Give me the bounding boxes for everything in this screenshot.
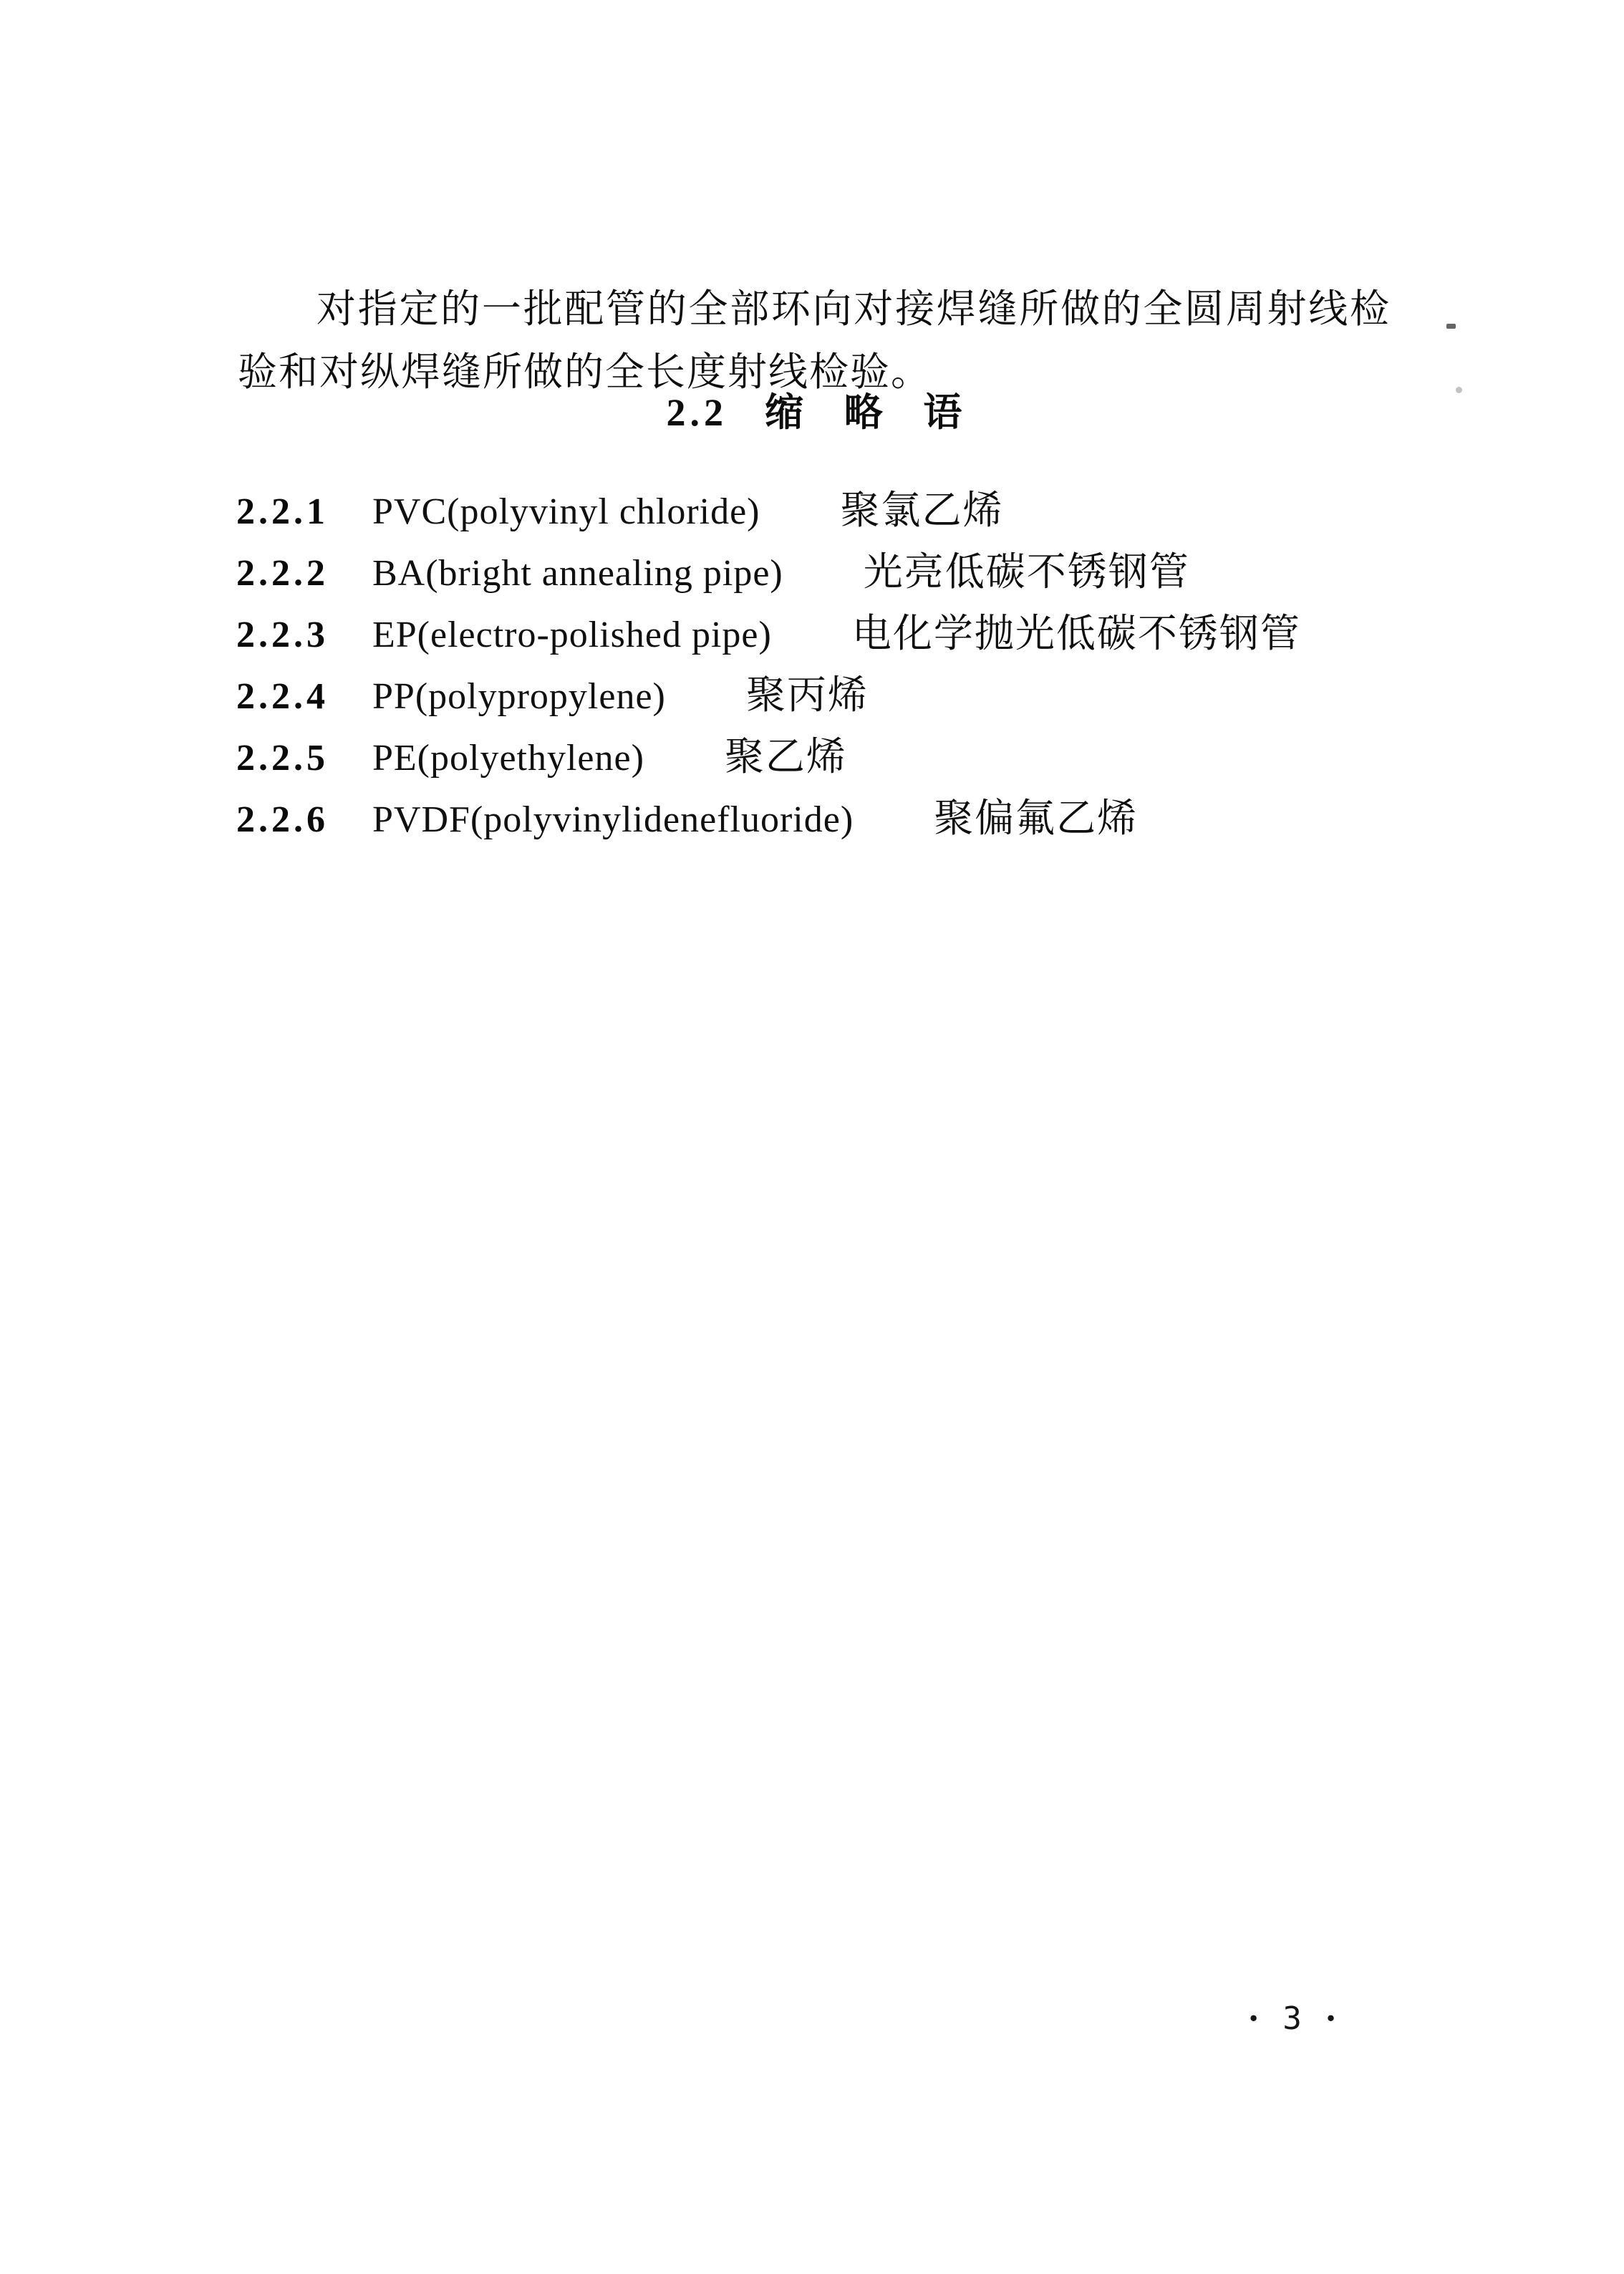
page-number-left-dot: · — [1247, 2000, 1260, 2038]
abbreviation-row: 2.2.1 PVC(polyvinyl chloride) 聚氯乙烯 — [236, 480, 1454, 541]
abbreviation-number: 2.2.2 — [236, 543, 372, 604]
page-number-value: 3 — [1282, 2000, 1302, 2038]
abbreviation-chinese: 聚氯乙烯 — [841, 480, 1004, 541]
abbreviation-row: 2.2.6 PVDF(polyvinylidenefluoride) 聚偏氟乙烯 — [236, 788, 1454, 849]
abbreviation-number: 2.2.3 — [236, 604, 372, 666]
abbreviation-latin: PVC(polyvinyl chloride) — [372, 481, 760, 543]
abbreviation-chinese: 光亮低碳不锈钢管 — [864, 541, 1190, 603]
scan-speck — [1446, 324, 1456, 329]
abbreviation-latin: EP(electro-polished pipe) — [372, 604, 772, 666]
intro-paragraph: 对指定的一批配管的全部环向对接焊缝所做的全圆周射线检验和对纵焊缝所做的全长度射线… — [238, 278, 1391, 404]
abbreviation-number: 2.2.1 — [236, 481, 372, 543]
abbreviation-list: 2.2.1 PVC(polyvinyl chloride) 聚氯乙烯 2.2.2… — [236, 480, 1454, 849]
abbreviation-chinese: 电化学抛光低碳不锈钢管 — [852, 603, 1301, 665]
abbreviation-latin: PVDF(polyvinylidenefluoride) — [372, 789, 854, 851]
abbreviation-row: 2.2.2 BA(bright annealing pipe) 光亮低碳不锈钢管 — [236, 541, 1454, 603]
section-heading: 2.2缩略语 — [238, 390, 1391, 435]
abbreviation-row: 2.2.3 EP(electro-polished pipe) 电化学抛光低碳不… — [236, 603, 1454, 665]
abbreviation-latin: PP(polypropylene) — [372, 666, 666, 728]
abbreviation-number: 2.2.6 — [236, 789, 372, 851]
page-number: · 3 · — [1247, 2000, 1337, 2038]
abbreviation-chinese: 聚乙烯 — [725, 726, 847, 788]
section-title: 缩略语 — [765, 391, 1002, 434]
document-page: 对指定的一批配管的全部环向对接焊缝所做的全圆周射线检验和对纵焊缝所做的全长度射线… — [0, 0, 1624, 2274]
abbreviation-row: 2.2.4 PP(polypropylene) 聚丙烯 — [236, 665, 1454, 726]
abbreviation-row: 2.2.5 PE(polyethylene) 聚乙烯 — [236, 726, 1454, 788]
abbreviation-number: 2.2.5 — [236, 728, 372, 789]
abbreviation-latin: PE(polyethylene) — [372, 728, 644, 789]
page-number-right-dot: · — [1325, 2000, 1337, 2038]
section-number: 2.2 — [667, 391, 728, 434]
scan-speck — [1456, 387, 1462, 393]
abbreviation-chinese: 聚偏氟乙烯 — [934, 788, 1138, 849]
abbreviation-chinese: 聚丙烯 — [746, 665, 869, 726]
abbreviation-number: 2.2.4 — [236, 666, 372, 728]
abbreviation-latin: BA(bright annealing pipe) — [372, 543, 783, 604]
